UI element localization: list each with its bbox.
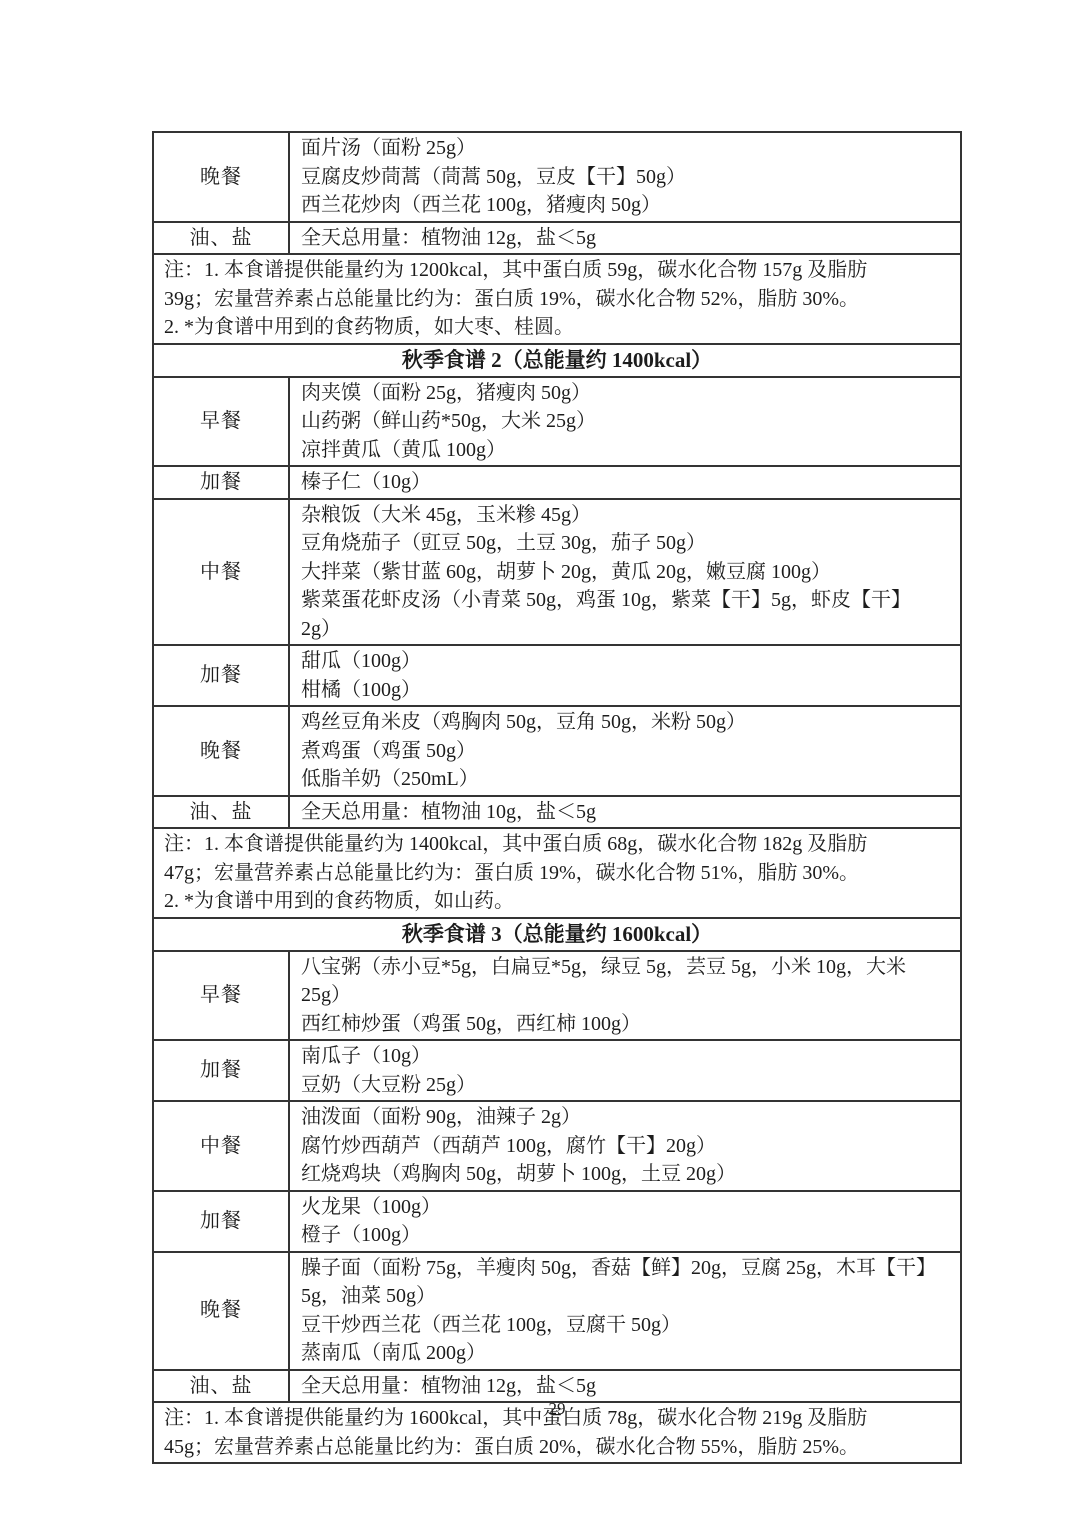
recipe-header-title: 秋季食谱 2（总能量约 1400kcal） (153, 344, 961, 377)
meal-content-cell: 面片汤（面粉 25g）豆腐皮炒茼蒿（茼蒿 50g，豆皮【干】50g）西兰花炒肉（… (289, 132, 961, 222)
meal-label: 油、盐 (153, 1370, 289, 1403)
meal-row: 油、盐全天总用量：植物油 10g，盐＜5g (153, 796, 961, 829)
note-line: 39g；宏量营养素占总能量比约为：蛋白质 19%，碳水化合物 52%，脂肪 30… (164, 285, 952, 314)
dish-line: 豆腐皮炒茼蒿（茼蒿 50g，豆皮【干】50g） (301, 163, 952, 192)
meal-label: 加餐 (153, 645, 289, 706)
recipe-header-row: 秋季食谱 3（总能量约 1600kcal） (153, 918, 961, 951)
dish-line: 大拌菜（紫甘蓝 60g，胡萝卜 20g，黄瓜 20g，嫩豆腐 100g） (301, 558, 952, 587)
dish-line: 山药粥（鲜山药*50g，大米 25g） (301, 407, 952, 436)
meal-content-cell: 甜瓜（100g）柑橘（100g） (289, 645, 961, 706)
meal-label: 加餐 (153, 1191, 289, 1252)
meal-content-cell: 肉夹馍（面粉 25g，猪瘦肉 50g）山药粥（鲜山药*50g，大米 25g）凉拌… (289, 377, 961, 467)
meal-label: 加餐 (153, 466, 289, 499)
note-line: 2. *为食谱中用到的食药物质，如山药。 (164, 887, 952, 916)
meal-label: 晚餐 (153, 706, 289, 796)
meal-row: 晚餐臊子面（面粉 75g，羊瘦肉 50g，香菇【鲜】20g，豆腐 25g，木耳【… (153, 1252, 961, 1370)
meal-content-cell: 全天总用量：植物油 12g，盐＜5g (289, 222, 961, 255)
dish-line: 杂粮饭（大米 45g，玉米糁 45g） (301, 501, 952, 530)
dish-line: 西红柿炒蛋（鸡蛋 50g，西红柿 100g） (301, 1010, 952, 1039)
meal-label: 晚餐 (153, 132, 289, 222)
meal-row: 晚餐面片汤（面粉 25g）豆腐皮炒茼蒿（茼蒿 50g，豆皮【干】50g）西兰花炒… (153, 132, 961, 222)
meal-content-cell: 臊子面（面粉 75g，羊瘦肉 50g，香菇【鲜】20g，豆腐 25g，木耳【干】… (289, 1252, 961, 1370)
meal-label: 油、盐 (153, 222, 289, 255)
meal-row: 早餐肉夹馍（面粉 25g，猪瘦肉 50g）山药粥（鲜山药*50g，大米 25g）… (153, 377, 961, 467)
dish-line: 紫菜蛋花虾皮汤（小青菜 50g，鸡蛋 10g，紫菜【干】5g，虾皮【干】 (301, 586, 952, 615)
dish-line: 甜瓜（100g） (301, 647, 952, 676)
meal-row: 中餐油泼面（面粉 90g，油辣子 2g）腐竹炒西葫芦（西葫芦 100g，腐竹【干… (153, 1101, 961, 1191)
meal-row: 加餐火龙果（100g）橙子（100g） (153, 1191, 961, 1252)
note-line: 45g；宏量营养素占总能量比约为：蛋白质 20%，碳水化合物 55%，脂肪 25… (164, 1433, 952, 1462)
meal-label: 早餐 (153, 377, 289, 467)
dish-line: 油泼面（面粉 90g，油辣子 2g） (301, 1103, 952, 1132)
note-line: 注：1. 本食谱提供能量约为 1400kcal，其中蛋白质 68g，碳水化合物 … (164, 830, 952, 859)
note-row: 注：1. 本食谱提供能量约为 1400kcal，其中蛋白质 68g，碳水化合物 … (153, 828, 961, 918)
meal-content-cell: 八宝粥（赤小豆*5g，白扁豆*5g，绿豆 5g，芸豆 5g，小米 10g，大米2… (289, 951, 961, 1041)
meal-label: 晚餐 (153, 1252, 289, 1370)
meal-label: 中餐 (153, 1101, 289, 1191)
meal-content-cell: 鸡丝豆角米皮（鸡胸肉 50g，豆角 50g，米粉 50g）煮鸡蛋（鸡蛋 50g）… (289, 706, 961, 796)
dish-line: 全天总用量：植物油 12g，盐＜5g (301, 224, 952, 253)
recipe-header-row: 秋季食谱 2（总能量约 1400kcal） (153, 344, 961, 377)
dish-line: 肉夹馍（面粉 25g，猪瘦肉 50g） (301, 379, 952, 408)
dish-line: 豆干炒西兰花（西兰花 100g，豆腐干 50g） (301, 1311, 952, 1340)
meal-content-cell: 南瓜子（10g）豆奶（大豆粉 25g） (289, 1040, 961, 1101)
dish-line: 2g） (301, 615, 952, 644)
meal-content-cell: 全天总用量：植物油 10g，盐＜5g (289, 796, 961, 829)
dish-line: 豆奶（大豆粉 25g） (301, 1071, 952, 1100)
dish-line: 柑橘（100g） (301, 676, 952, 705)
dish-line: 臊子面（面粉 75g，羊瘦肉 50g，香菇【鲜】20g，豆腐 25g，木耳【干】 (301, 1254, 952, 1283)
dish-line: 橙子（100g） (301, 1221, 952, 1250)
meal-label: 加餐 (153, 1040, 289, 1101)
document-page: 晚餐面片汤（面粉 25g）豆腐皮炒茼蒿（茼蒿 50g，豆皮【干】50g）西兰花炒… (0, 0, 1080, 1527)
meal-row: 加餐甜瓜（100g）柑橘（100g） (153, 645, 961, 706)
meal-label: 油、盐 (153, 796, 289, 829)
dish-line: 豆角烧茄子（豇豆 50g，土豆 30g，茄子 50g） (301, 529, 952, 558)
dish-line: 南瓜子（10g） (301, 1042, 952, 1071)
dish-line: 凉拌黄瓜（黄瓜 100g） (301, 436, 952, 465)
meal-content-cell: 榛子仁（10g） (289, 466, 961, 499)
dish-line: 腐竹炒西葫芦（西葫芦 100g，腐竹【干】20g） (301, 1132, 952, 1161)
dish-line: 蒸南瓜（南瓜 200g） (301, 1339, 952, 1368)
note-row: 注：1. 本食谱提供能量约为 1200kcal，其中蛋白质 59g，碳水化合物 … (153, 254, 961, 344)
note-cell: 注：1. 本食谱提供能量约为 1200kcal，其中蛋白质 59g，碳水化合物 … (153, 254, 961, 344)
dish-line: 面片汤（面粉 25g） (301, 134, 952, 163)
dish-line: 5g，油菜 50g） (301, 1282, 952, 1311)
meal-row: 油、盐全天总用量：植物油 12g，盐＜5g (153, 222, 961, 255)
dish-line: 红烧鸡块（鸡胸肉 50g，胡萝卜 100g，土豆 20g） (301, 1160, 952, 1189)
dish-line: 全天总用量：植物油 10g，盐＜5g (301, 798, 952, 827)
note-line: 注：1. 本食谱提供能量约为 1200kcal，其中蛋白质 59g，碳水化合物 … (164, 256, 952, 285)
note-line: 2. *为食谱中用到的食药物质，如大枣、桂圆。 (164, 313, 952, 342)
dish-line: 八宝粥（赤小豆*5g，白扁豆*5g，绿豆 5g，芸豆 5g，小米 10g，大米 (301, 953, 952, 982)
meal-row: 加餐南瓜子（10g）豆奶（大豆粉 25g） (153, 1040, 961, 1101)
note-line: 47g；宏量营养素占总能量比约为：蛋白质 19%，碳水化合物 51%，脂肪 30… (164, 859, 952, 888)
meal-row: 早餐八宝粥（赤小豆*5g，白扁豆*5g，绿豆 5g，芸豆 5g，小米 10g，大… (153, 951, 961, 1041)
meal-row: 中餐杂粮饭（大米 45g，玉米糁 45g）豆角烧茄子（豇豆 50g，土豆 30g… (153, 499, 961, 646)
meal-row: 晚餐鸡丝豆角米皮（鸡胸肉 50g，豆角 50g，米粉 50g）煮鸡蛋（鸡蛋 50… (153, 706, 961, 796)
meal-content-cell: 全天总用量：植物油 12g，盐＜5g (289, 1370, 961, 1403)
meal-plan-table: 晚餐面片汤（面粉 25g）豆腐皮炒茼蒿（茼蒿 50g，豆皮【干】50g）西兰花炒… (152, 131, 962, 1464)
dish-line: 全天总用量：植物油 12g，盐＜5g (301, 1372, 952, 1401)
dish-line: 25g） (301, 981, 952, 1010)
dish-line: 低脂羊奶（250mL） (301, 765, 952, 794)
meal-row: 加餐榛子仁（10g） (153, 466, 961, 499)
page-number: 29 (152, 1399, 962, 1419)
dish-line: 火龙果（100g） (301, 1193, 952, 1222)
recipe-header-title: 秋季食谱 3（总能量约 1600kcal） (153, 918, 961, 951)
note-cell: 注：1. 本食谱提供能量约为 1400kcal，其中蛋白质 68g，碳水化合物 … (153, 828, 961, 918)
meal-label: 中餐 (153, 499, 289, 646)
meal-content-cell: 油泼面（面粉 90g，油辣子 2g）腐竹炒西葫芦（西葫芦 100g，腐竹【干】2… (289, 1101, 961, 1191)
meal-content-cell: 火龙果（100g）橙子（100g） (289, 1191, 961, 1252)
meal-row: 油、盐全天总用量：植物油 12g，盐＜5g (153, 1370, 961, 1403)
meal-label: 早餐 (153, 951, 289, 1041)
dish-line: 鸡丝豆角米皮（鸡胸肉 50g，豆角 50g，米粉 50g） (301, 708, 952, 737)
dish-line: 煮鸡蛋（鸡蛋 50g） (301, 737, 952, 766)
dish-line: 西兰花炒肉（西兰花 100g，猪瘦肉 50g） (301, 191, 952, 220)
dish-line: 榛子仁（10g） (301, 468, 952, 497)
meal-content-cell: 杂粮饭（大米 45g，玉米糁 45g）豆角烧茄子（豇豆 50g，土豆 30g，茄… (289, 499, 961, 646)
